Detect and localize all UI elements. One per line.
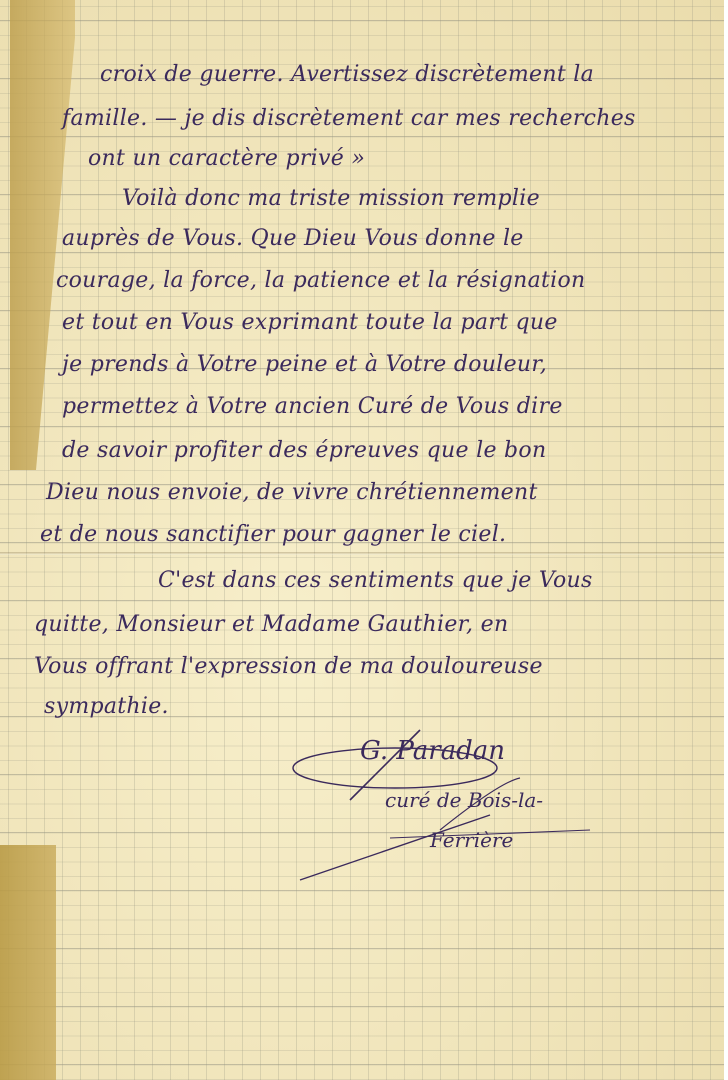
letter-line-15: Vous offrant l'expression de ma douloure… xyxy=(34,654,543,679)
letter-line-10: de savoir profiter des épreuves que le b… xyxy=(62,438,546,463)
letter-line-12: et de nous sanctifier pour gagner le cie… xyxy=(40,522,506,547)
letter-line-6: courage, la force, la patience et la rés… xyxy=(56,268,586,293)
letter-line-14: quitte, Monsieur et Madame Gauthier, en xyxy=(34,612,508,637)
paper-fold-crease xyxy=(0,552,728,555)
letter-line-4: Voilà donc ma triste mission remplie xyxy=(122,186,540,211)
letter-line-2: famille. — je dis discrètement car mes r… xyxy=(62,106,636,131)
adhesive-tape-bottom xyxy=(0,845,56,1080)
letter-line-16: sympathie. xyxy=(44,694,169,719)
letter-line-9: permettez à Votre ancien Curé de Vous di… xyxy=(62,394,563,419)
signature-title-line2: Ferrière xyxy=(430,828,513,852)
letter-line-7: et tout en Vous exprimant toute la part … xyxy=(62,310,558,335)
signature-title-line1: curé de Bois-la- xyxy=(385,788,543,812)
letter-line-11: Dieu nous envoie, de vivre chrétiennemen… xyxy=(46,480,538,505)
letter-line-3: ont un caractère privé » xyxy=(88,146,365,171)
signature-block: G. Paradan curé de Bois-la- Ferrière xyxy=(290,720,610,890)
letter-line-1: croix de guerre. Avertissez discrètement… xyxy=(100,62,594,87)
letter-page: croix de guerre. Avertissez discrètement… xyxy=(0,0,728,1080)
signature-name: G. Paradan xyxy=(360,736,505,766)
letter-line-13: C'est dans ces sentiments que je Vous xyxy=(158,568,593,593)
letter-line-5: auprès de Vous. Que Dieu Vous donne le xyxy=(62,226,524,251)
scan-edge xyxy=(724,0,728,1080)
letter-line-8: je prends à Votre peine et à Votre doule… xyxy=(62,352,547,377)
